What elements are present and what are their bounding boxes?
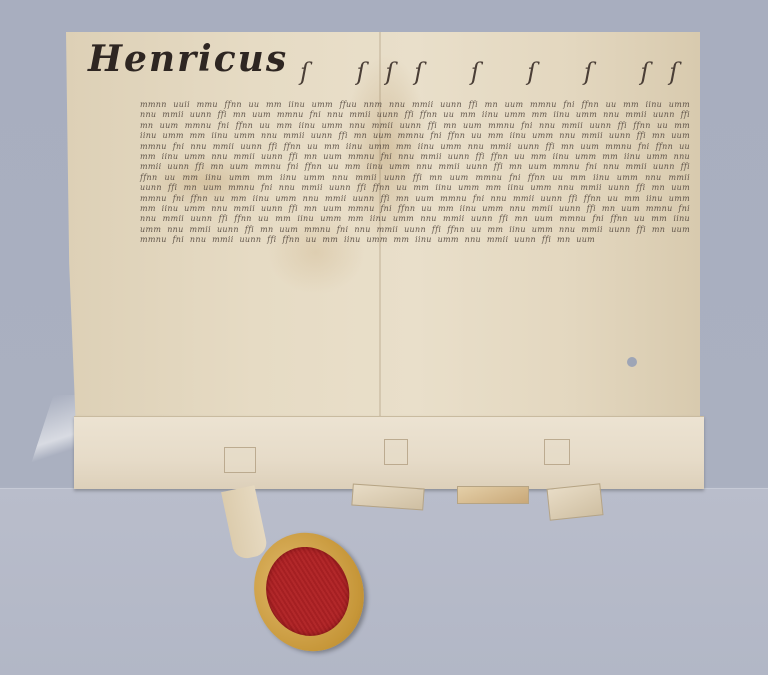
display-shelf [0,488,768,675]
seal-tag-stub [546,483,603,520]
decorative-ascenders: ſ ſſſ ſ ſ ſ ſſ [300,58,698,86]
parchment-hole [627,357,637,367]
charter-text: mmnn uuii mmu ffnn uu mm iinu umm ffuu n… [140,100,690,246]
seal-slot [384,439,408,465]
charter-heading: Henricus [88,38,288,80]
seal-slot [544,439,570,465]
seal-slot [224,447,256,473]
plica-fold [74,416,704,489]
seal-tag-stub [457,486,529,504]
